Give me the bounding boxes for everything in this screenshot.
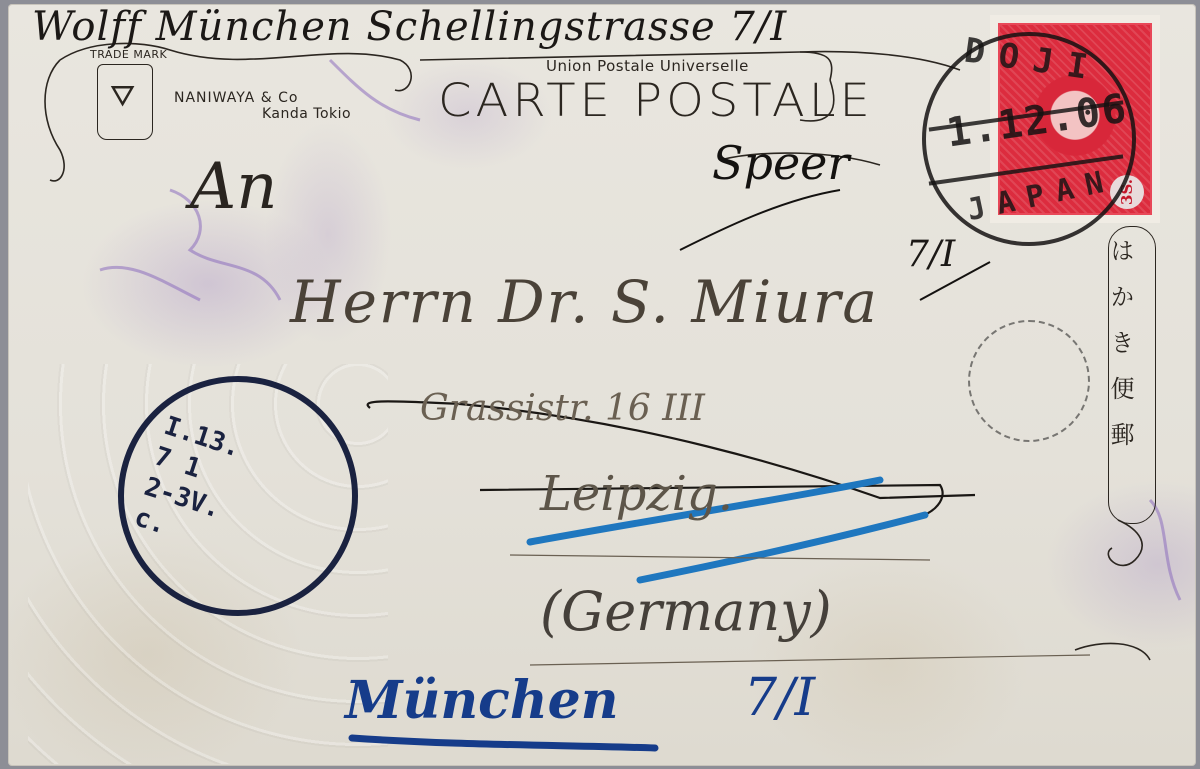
faint-receiving-postmark [968, 320, 1090, 442]
publisher-name: NANIWAYA & Co [174, 90, 298, 106]
hourglass-logo-icon: ⛛ [110, 82, 135, 112]
card-title: CARTE POSTALE [438, 74, 874, 127]
new-destination-city: München [345, 670, 619, 731]
salutation: An [190, 150, 277, 224]
crossed-out-street: Grassistr. 16 III [420, 388, 705, 429]
destination-country: (Germany) [540, 580, 832, 643]
forwarding-address-line: Wolff München Schellingstrasse 7/I [32, 4, 787, 50]
fraction-note: 7/I [906, 234, 955, 275]
upu-label: Union Postale Universelle [546, 57, 749, 75]
vertical-banner-text: はかき便郵 [1118, 238, 1146, 468]
crossed-out-city: Leipzig. [540, 466, 733, 522]
recipient-name: Herrn Dr. S. Miura [290, 268, 879, 336]
publisher-city: Kanda Tokio [262, 106, 351, 122]
forwarding-note: Speer [712, 136, 849, 190]
new-destination-suffix: 7/I [744, 668, 815, 728]
